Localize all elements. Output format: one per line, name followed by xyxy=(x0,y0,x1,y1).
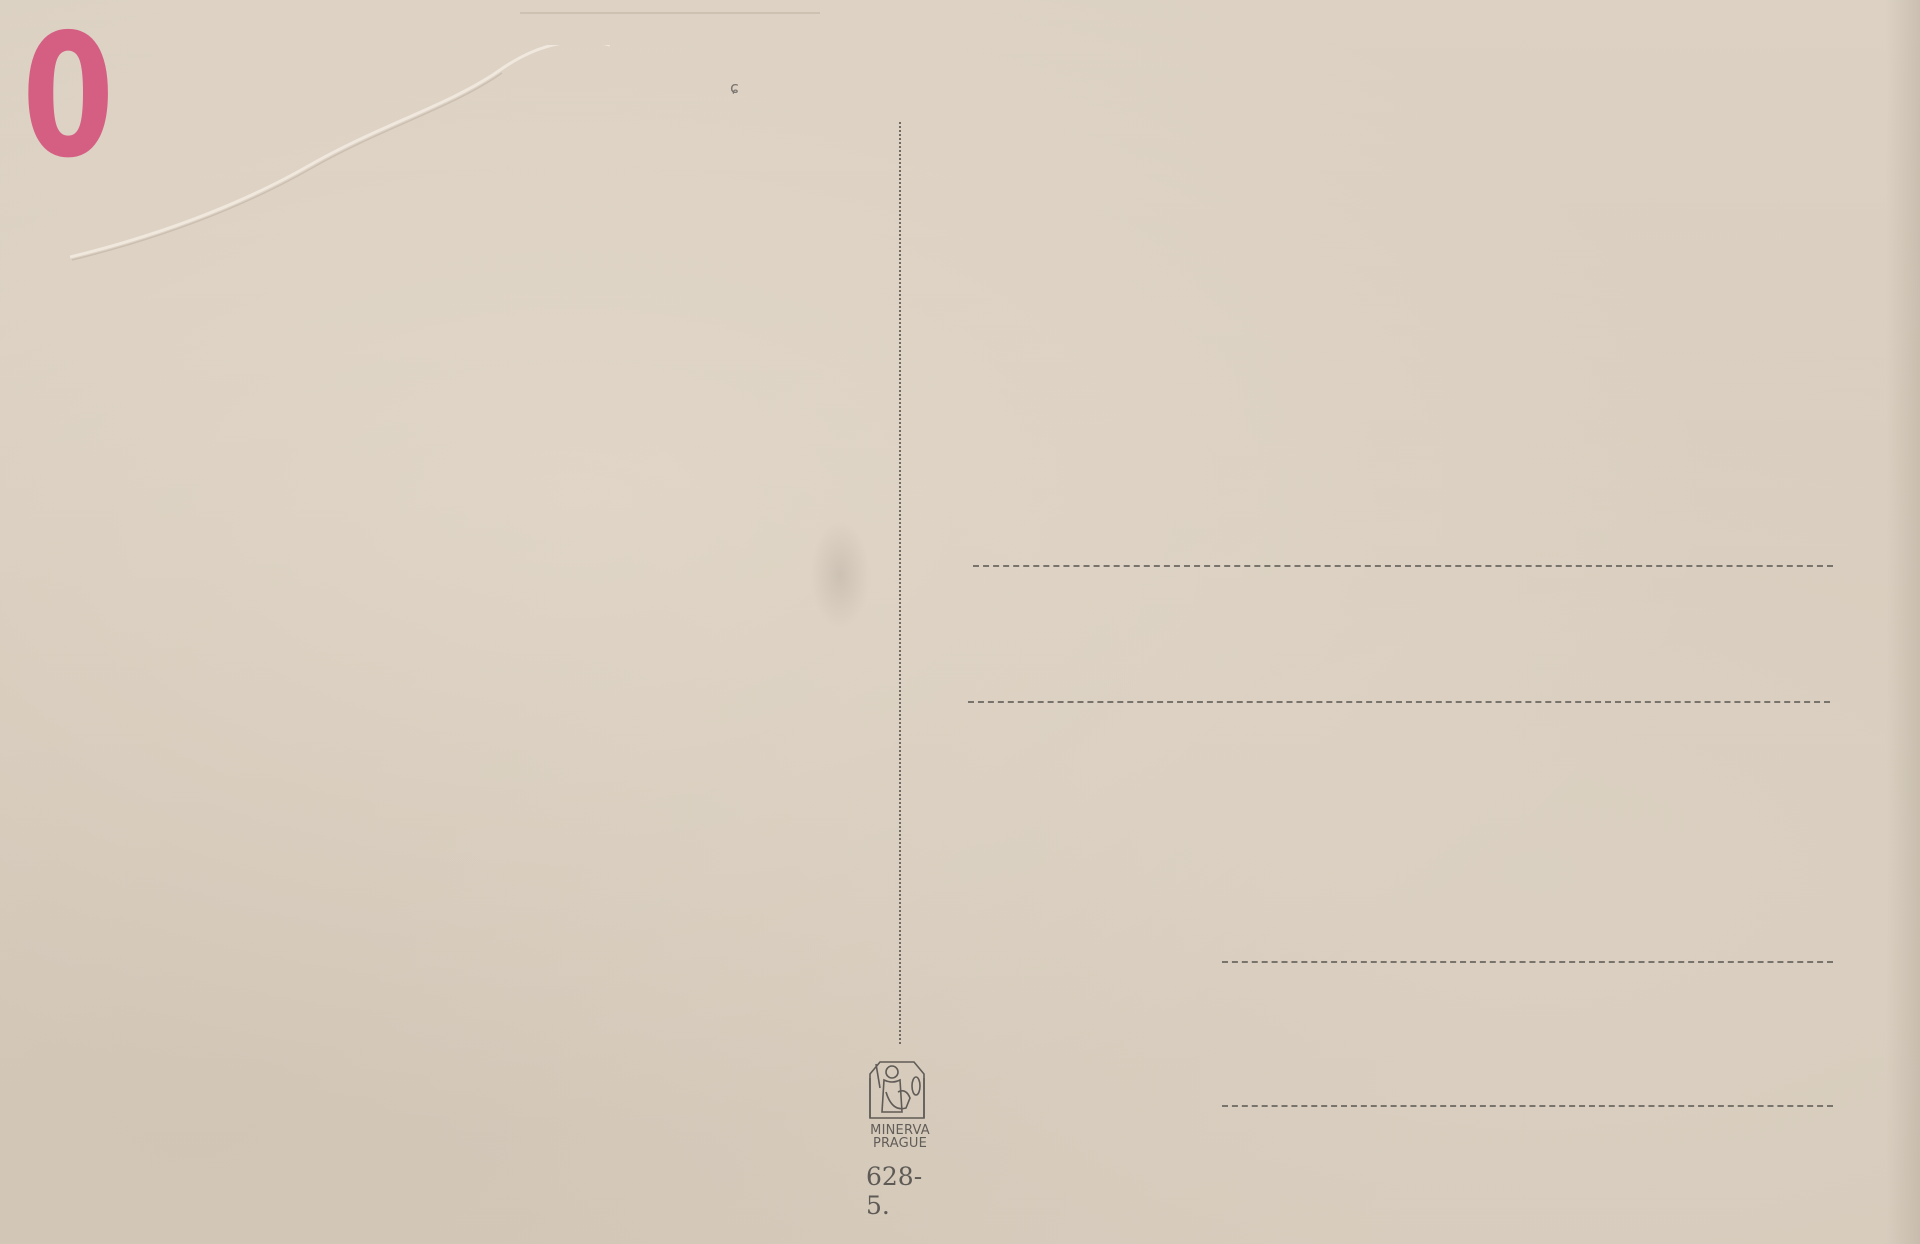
address-line-1 xyxy=(973,565,1833,567)
paper-crease xyxy=(70,45,610,265)
handwritten-zero-mark: 0 xyxy=(22,22,89,172)
address-line-4 xyxy=(1222,1105,1833,1107)
message-address-divider xyxy=(899,122,901,1044)
paper-smudge xyxy=(810,520,870,630)
paper-edge-right xyxy=(1886,0,1920,1244)
publisher-line-2: PRAGUE xyxy=(865,1137,935,1150)
pencil-mark: ɕ xyxy=(730,78,739,97)
address-line-3 xyxy=(1222,961,1833,963)
paper-edge-top xyxy=(520,0,820,14)
postcard-back: 0 ɕ MINERVA PRAGUE 628-5. xyxy=(0,0,1920,1244)
address-line-2 xyxy=(968,701,1830,703)
card-number: 628-5. xyxy=(866,1162,946,1220)
publisher-logo-text: MINERVA PRAGUE xyxy=(865,1124,935,1150)
